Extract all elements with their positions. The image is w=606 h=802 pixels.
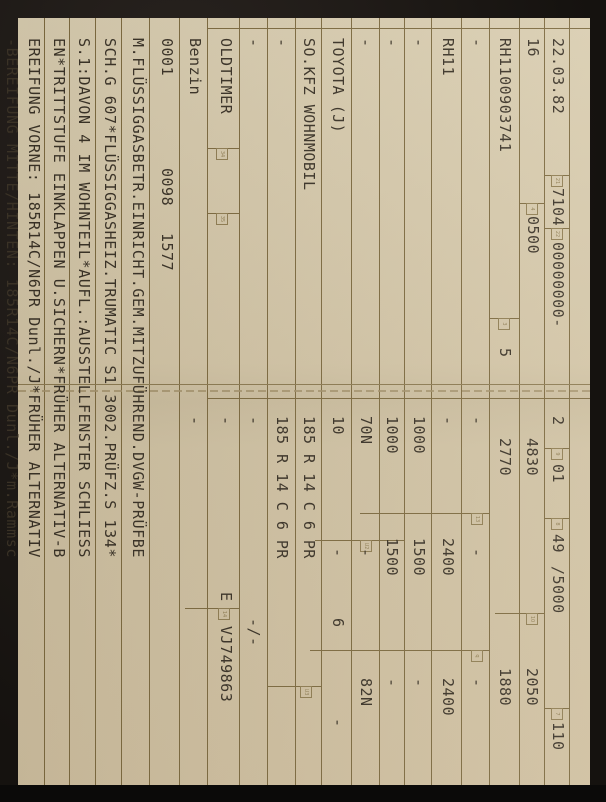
- first-registration-date: 22.03.82: [549, 38, 567, 114]
- gross-weight-2-value: 2400: [439, 678, 457, 716]
- vin-value: RH1100903741: [496, 38, 514, 152]
- rule: [379, 18, 380, 785]
- vehicle-class-value: OLDTIMER: [217, 38, 235, 114]
- rule: [69, 18, 70, 785]
- rule: [44, 18, 45, 785]
- rpm-value: /5000: [549, 566, 567, 614]
- rule: [267, 686, 322, 687]
- registration-document: 21 22 4 3 34 35 9 8 7 10 13 q U2 U3 14 2…: [18, 18, 590, 785]
- remark-line: EN*TRITTSTUFE EINKLAPPEN U.SICHERN*FRÜHE…: [50, 38, 68, 558]
- rule: [489, 18, 490, 785]
- fuel-type-value: Benzin: [186, 38, 204, 95]
- brief-number-value: VJ749863: [217, 626, 235, 702]
- axle-load-rear-2-value: 1500: [383, 538, 401, 576]
- noise-standing-value: 70N: [357, 416, 375, 445]
- manufacturer-value: TOYOTA (J): [329, 38, 347, 133]
- rule: [321, 18, 322, 785]
- field-label: 3: [498, 318, 510, 330]
- axle-load-rear-value: 1500: [410, 538, 428, 576]
- axle-load-front-2-value: 1000: [383, 416, 401, 454]
- field-label: 13: [471, 513, 483, 525]
- displacement-value: 1577: [158, 233, 176, 271]
- rule: [121, 18, 122, 785]
- rule: [351, 18, 352, 785]
- type-code-value: RH11: [439, 38, 457, 76]
- rule: [519, 18, 520, 785]
- remark-line: M.FLÜSSIGGASBETR.EINRICHT.GEM.MITZUFÜHRE…: [129, 38, 147, 558]
- field-line11-value: -: [273, 38, 291, 48]
- rule: [95, 18, 96, 785]
- field-r4b: -: [468, 548, 486, 558]
- field-line3b-value: 1880: [496, 668, 514, 706]
- field-line12-value: -: [245, 38, 263, 48]
- photo-edge-bottom: [0, 785, 606, 802]
- rule: [544, 18, 545, 785]
- field-5-value: 5: [496, 348, 514, 358]
- sleeping-places-value: 6: [329, 618, 347, 628]
- width-value: 2050: [523, 668, 541, 706]
- remark-line: EREIFUNG VORNE: 185R14C/N6PR Dunl./J*FRÜ…: [25, 38, 43, 558]
- field-r12b: -/-: [245, 618, 263, 647]
- field-line7-value: -: [383, 38, 401, 48]
- rule: [207, 18, 208, 785]
- code-a-value: 0001: [158, 38, 176, 76]
- tire-front-value: 185 R 14 C 6 PR: [300, 416, 318, 559]
- field-r12a: -: [245, 416, 263, 426]
- field-r13b: E: [217, 592, 235, 602]
- field-21-value: 7104: [549, 188, 567, 226]
- field-r4c: -: [468, 678, 486, 688]
- rule: [310, 650, 490, 651]
- rule: [267, 18, 268, 785]
- field-label: 14: [218, 608, 230, 620]
- field-label: 22: [551, 228, 563, 240]
- noise-driving-value: 82N: [357, 678, 375, 707]
- rule: [404, 18, 405, 785]
- field-line6-value: -: [410, 38, 428, 48]
- field-r7c: -: [383, 678, 401, 688]
- top-speed-value: 110: [549, 722, 567, 751]
- field-r6c: -: [410, 678, 428, 688]
- field-line8-value: -: [357, 38, 375, 48]
- field-r5a: -: [439, 416, 457, 426]
- rule: [295, 18, 296, 785]
- remark-line: S.1:DAVON 4 IM WOHNTEIL*AUFL.:AUSSTELLFE…: [75, 38, 93, 558]
- rule: [208, 28, 590, 29]
- field-label: U3: [300, 686, 312, 698]
- field-label: 9: [551, 448, 563, 460]
- field-r4a: -: [468, 416, 486, 426]
- tire-rear-value: 185 R 14 C 6 PR: [273, 416, 291, 559]
- remark-line: SCH.G 607*FLÜSSIGGASHEIZ.TRUMATIC S1 300…: [101, 38, 119, 558]
- field-r9b: -: [329, 548, 347, 558]
- field-label: 35: [216, 213, 228, 225]
- axle-load-front-value: 1000: [410, 416, 428, 454]
- rule: [431, 18, 432, 785]
- field-r9d: -: [329, 718, 347, 728]
- field-label: 8: [551, 518, 563, 530]
- rule: [239, 18, 240, 785]
- axles-value: 2: [549, 416, 567, 426]
- field-9-value: 01: [549, 464, 567, 483]
- height-value: 2770: [496, 438, 514, 476]
- length-value: 4830: [523, 438, 541, 476]
- field-label: 34: [216, 148, 228, 160]
- field-r13a: -: [217, 416, 235, 426]
- field-4-value: 0500: [524, 216, 542, 254]
- field-r8b: -: [357, 548, 375, 558]
- rule: [185, 608, 240, 609]
- rule: [461, 18, 462, 785]
- field-label: 21: [551, 175, 563, 187]
- field-label: 10: [526, 613, 538, 625]
- vehicle-type-value: SO.KFZ WOHNMOBIL: [300, 38, 318, 191]
- field-label: 7: [551, 708, 563, 720]
- gross-weight-value: 2400: [439, 538, 457, 576]
- rule: [149, 18, 150, 785]
- code-b-value: 0098: [158, 168, 176, 206]
- rule: [208, 398, 590, 399]
- field-line4-value: -: [468, 38, 486, 48]
- rule: [569, 18, 570, 785]
- field-label: q: [471, 650, 483, 662]
- remark-line: -BEREIFUNG MITTE/HINTEN: 185R14C/N6PR Du…: [3, 38, 21, 558]
- seats-value: 10: [329, 416, 347, 435]
- rule: [179, 18, 180, 785]
- field-label: 4: [526, 203, 538, 215]
- field-22-value: 00000000-: [549, 242, 567, 328]
- field-r14: -: [186, 416, 204, 426]
- power-kw-value: 49: [549, 534, 567, 553]
- field-line2-value: 16: [524, 38, 542, 57]
